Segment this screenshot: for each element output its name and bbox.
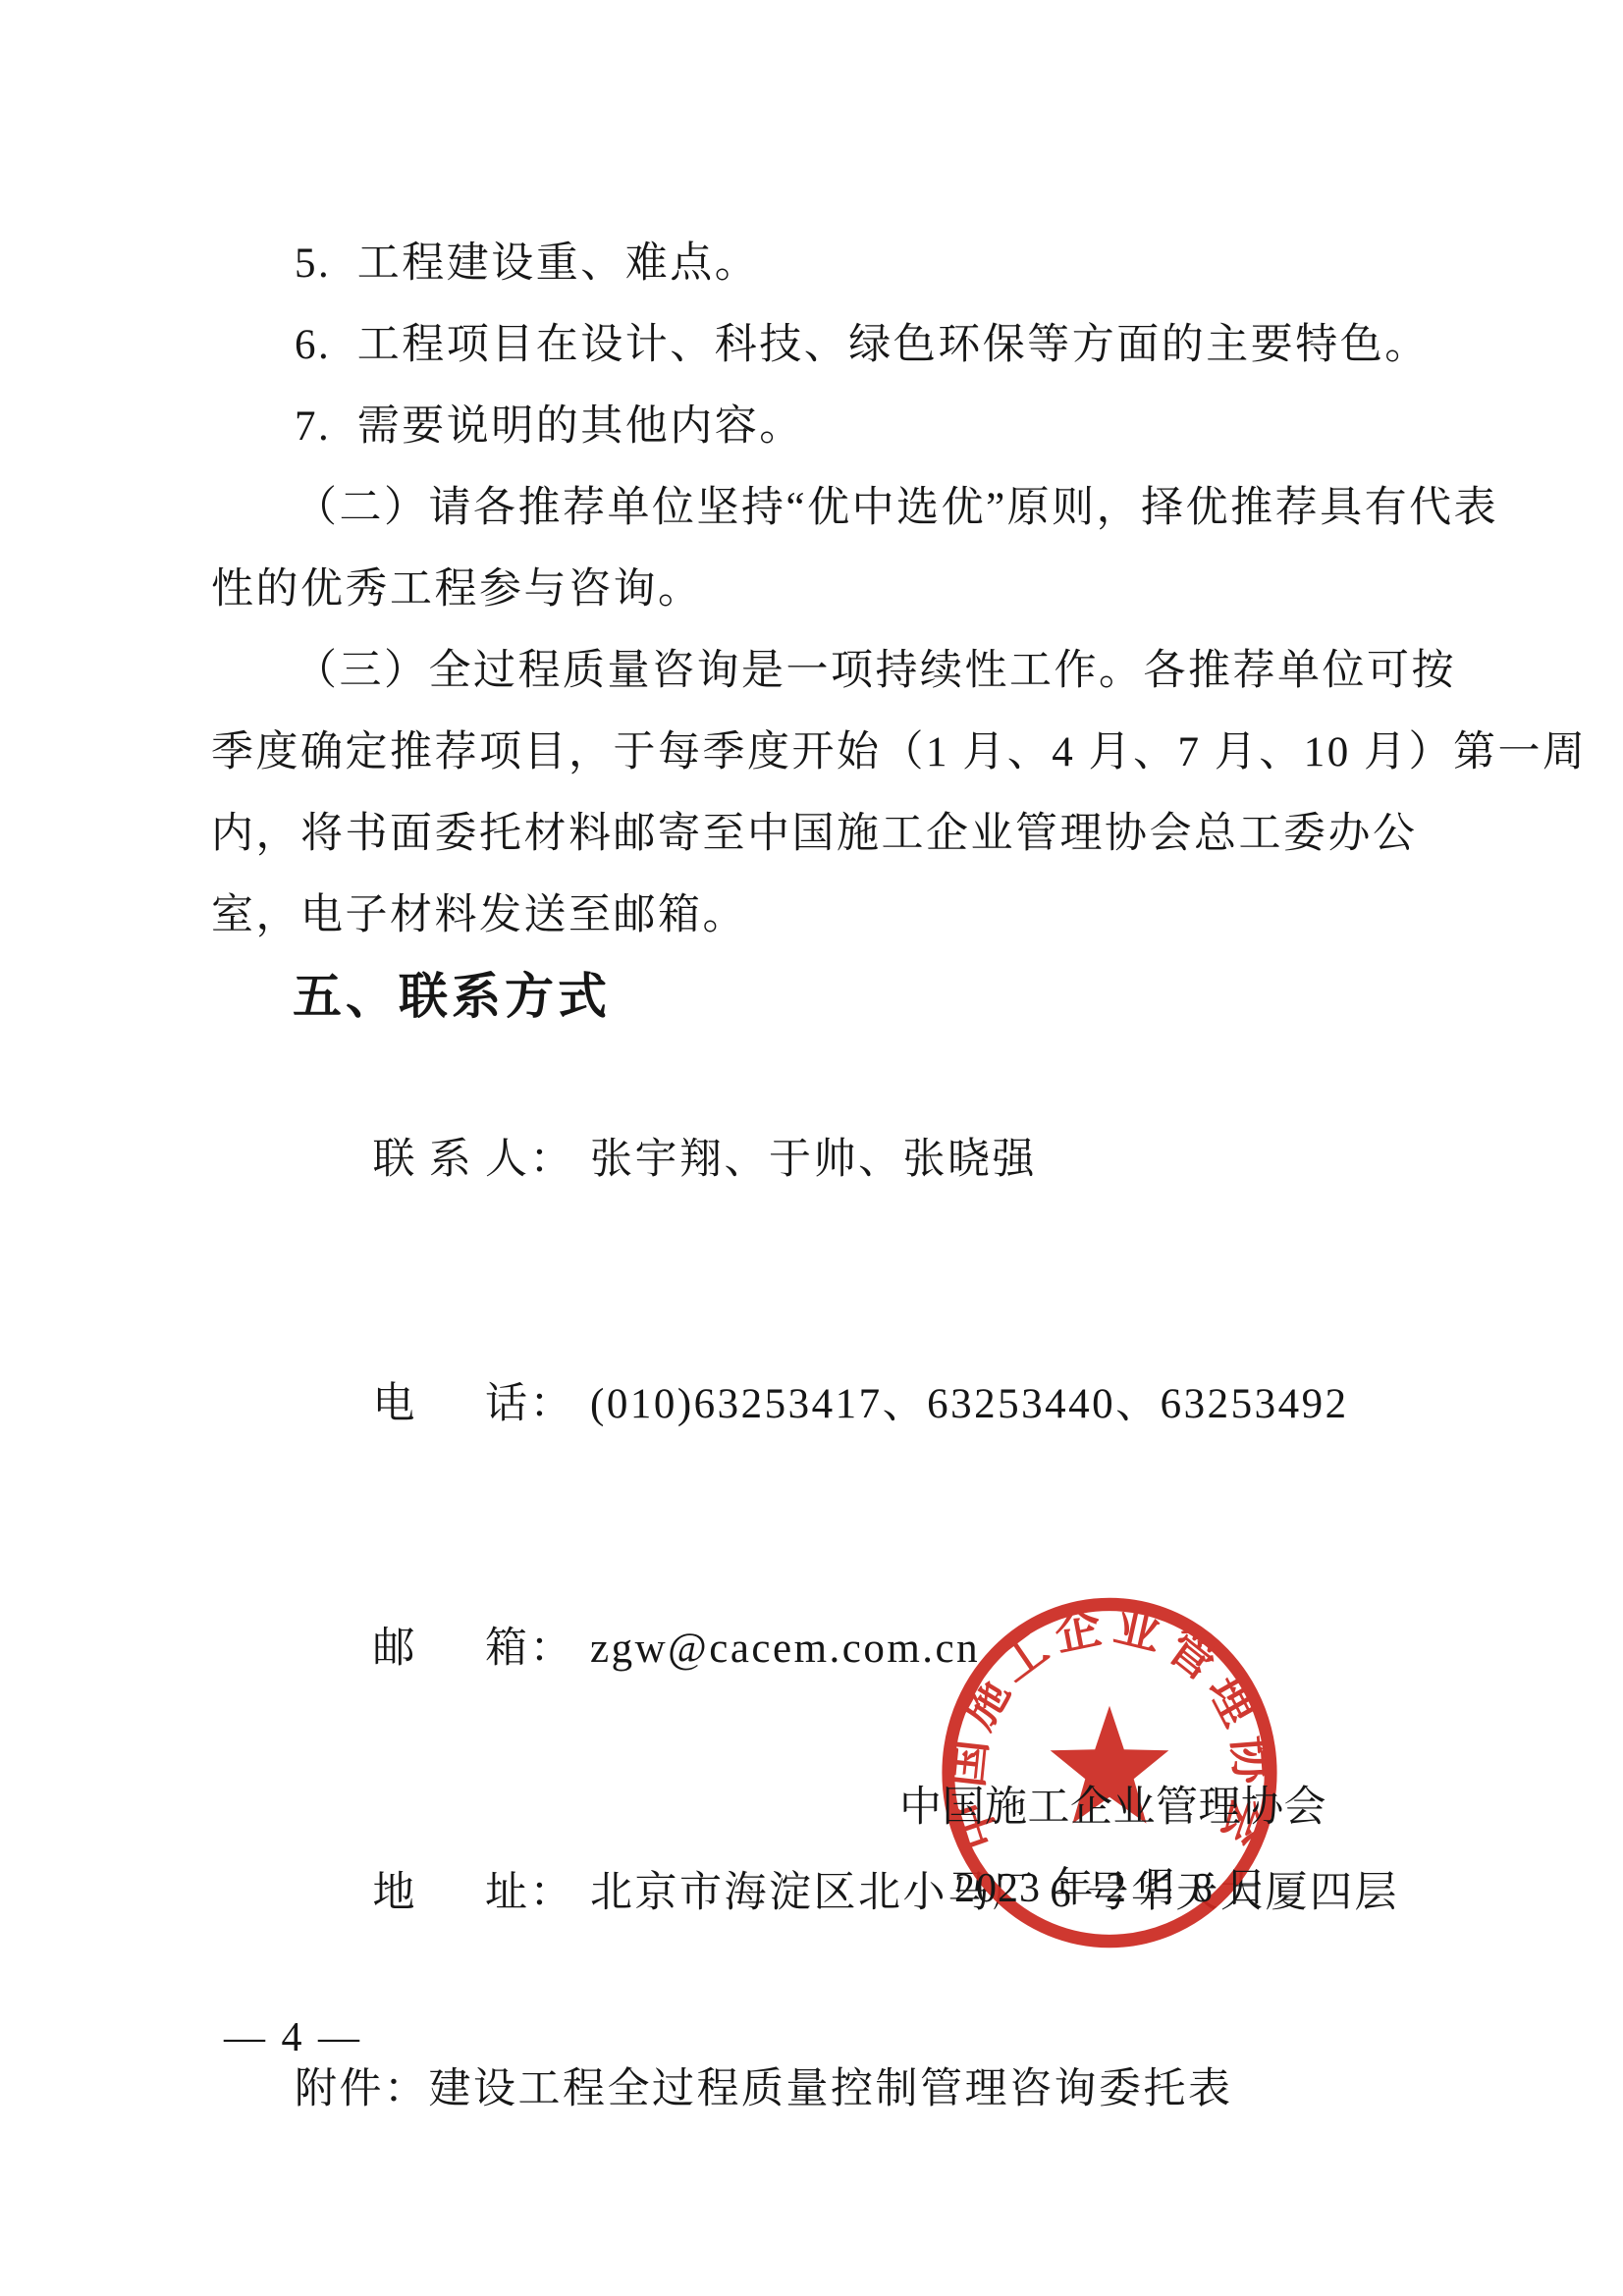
paragraph-two-line-2: 性的优秀工程参与咨询。	[211, 549, 1507, 630]
contact-label: 联系人	[373, 1119, 530, 1201]
signature-date: 2023 年 2 月 8 日	[954, 1863, 1268, 1914]
contact-label: 电话	[373, 1363, 530, 1445]
contact-row-email: 邮箱：zgw@cacem.com.cn	[211, 1526, 1507, 1771]
section-heading-contact: 五、联系方式	[211, 956, 1507, 1038]
paragraph-three-line-2: 季度确定推荐项目，于每季度开始（1 月、4 月、7 月、10 月）第一周	[211, 712, 1507, 793]
contact-value: zgw@cacem.com.cn	[574, 1626, 980, 1672]
list-item-7: 7. 需要说明的其他内容。	[211, 386, 1507, 467]
contact-label: 地址	[373, 1852, 530, 1934]
paragraph-three-line-1: （三）全过程质量咨询是一项持续性工作。各推荐单位可按	[211, 630, 1507, 712]
attachment-line: 附件：建设工程全过程质量控制管理咨询委托表	[211, 2049, 1507, 2130]
contact-colon: ：	[530, 1626, 575, 1672]
paragraph-three-line-3: 内，将书面委托材料邮寄至中国施工企业管理协会总工委办公	[211, 793, 1507, 875]
list-item-5: 5. 工程建设重、难点。	[211, 223, 1507, 304]
contact-colon: ：	[530, 1870, 575, 1916]
contact-value: 张宇翔、于帅、张晓强	[574, 1137, 1037, 1183]
contact-colon: ：	[530, 1137, 575, 1183]
contact-row-person: 联系人：张宇翔、于帅、张晓强	[211, 1038, 1507, 1282]
contact-label: 邮箱	[373, 1608, 530, 1689]
paragraph-three-line-4: 室，电子材料发送至邮箱。	[211, 875, 1507, 956]
contact-colon: ：	[530, 1381, 575, 1427]
document-body: 5. 工程建设重、难点。 6. 工程项目在设计、科技、绿色环保等方面的主要特色。…	[211, 223, 1507, 2130]
signature-organization: 中国施工企业管理协会	[899, 1783, 1326, 1834]
document-page: 5. 工程建设重、难点。 6. 工程项目在设计、科技、绿色环保等方面的主要特色。…	[0, 0, 1623, 2296]
contact-value: (010)63253417、63253440、63253492	[574, 1381, 1349, 1427]
page-number: — 4 —	[224, 2014, 362, 2061]
paragraph-two-line-1: （二）请各推荐单位坚持“优中选优”原则，择优推荐具有代表	[211, 467, 1507, 549]
list-item-6: 6. 工程项目在设计、科技、绿色环保等方面的主要特色。	[211, 304, 1507, 386]
contact-row-phone: 电话：(010)63253417、63253440、63253492	[211, 1282, 1507, 1526]
